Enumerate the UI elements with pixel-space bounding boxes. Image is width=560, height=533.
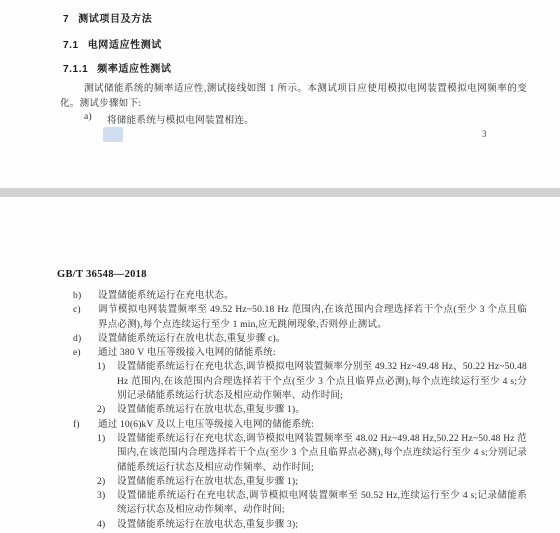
item-text: 调节模拟电网装置频率至 49.52 Hz~50.18 Hz 范围内,在该范围内合… <box>98 303 527 332</box>
item-text: 设置储能系统运行在放电状态,重复步骤 c)。 <box>98 332 527 346</box>
intro-paragraph: 测试储能系统的频率适应性,测试接线如图 1 所示。本测试项目应使用模拟电网装置模… <box>60 82 527 112</box>
subitem-text: 设置储能系统运行在充电状态,调节模拟电网装置频率至 48.02 Hz~49.48… <box>117 432 527 475</box>
list-subitem-f3: 3) 设置储能系统运行在充电状态,调节模拟电网装置频率至 50.52 Hz,连续… <box>97 489 527 518</box>
document-header: GB/T 36548—2018 <box>57 269 147 280</box>
subsubsection-heading: 7.1.1频率适应性测试 <box>63 60 171 75</box>
subsubsection-number: 7.1.1 <box>63 64 88 75</box>
subitem-label: 2) <box>97 475 117 489</box>
item-label: a) <box>84 112 107 126</box>
page-number: 3 <box>482 129 487 139</box>
item-text: 将储能系统与模拟电网装置相连。 <box>107 112 254 126</box>
list-subitem-f4: 4) 设置储能系统运行在放电状态,重复步骤 3); <box>97 518 527 532</box>
watermark-stamp-icon <box>103 127 123 142</box>
section-title: 测试项目及方法 <box>78 14 152 25</box>
subsection-title: 电网适应性测试 <box>88 40 162 51</box>
subitem-text: 设置储能系统运行在充电状态,调节模拟电网装置频率至 50.52 Hz,连续运行至… <box>117 489 527 518</box>
document-scan: 7测试项目及方法 7.1电网适应性测试 7.1.1频率适应性测试 测试储能系统的… <box>0 0 560 533</box>
subitem-label: 1) <box>97 432 117 475</box>
list-item-c: c) 调节模拟电网装置频率至 49.52 Hz~50.18 Hz 范围内,在该范… <box>73 303 527 332</box>
section-heading: 7测试项目及方法 <box>63 10 152 25</box>
page-2: GB/T 36548—2018 b) 设置储能系统运行在充电状态。 c) 调节模… <box>0 197 560 533</box>
item-text: 设置储能系统运行在充电状态。 <box>98 289 527 303</box>
page-divider <box>0 188 560 197</box>
item-label: e) <box>73 346 98 360</box>
list-item-b: b) 设置储能系统运行在充电状态。 <box>73 289 527 303</box>
item-label: f) <box>73 418 98 432</box>
subitem-text: 设置储能系统运行在放电状态,重复步骤 1); <box>117 475 527 489</box>
subitem-label: 3) <box>97 489 117 518</box>
item-text: 通过 10(6)kV 及以上电压等级接入电网的储能系统: <box>98 418 527 432</box>
item-label: c) <box>73 303 98 332</box>
subitem-label: 4) <box>97 518 117 532</box>
list-subitem-e1: 1) 设置储能系统运行在充电状态,调节模拟电网装置频率分别至 49.32 Hz~… <box>97 360 527 403</box>
list-item-f: f) 通过 10(6)kV 及以上电压等级接入电网的储能系统: <box>73 418 527 432</box>
section-number: 7 <box>63 14 69 25</box>
list-item-e: e) 通过 380 V 电压等级接入电网的储能系统: <box>73 346 527 360</box>
subitem-text: 设置储能系统运行在充电状态,调节模拟电网装置频率分别至 49.32 Hz~49.… <box>117 360 527 403</box>
subitem-text: 设置储能系统运行在放电状态,重复步骤 1)。 <box>117 403 527 417</box>
list-subitem-f1: 1) 设置储能系统运行在充电状态,调节模拟电网装置频率至 48.02 Hz~49… <box>97 432 527 475</box>
item-text: 通过 380 V 电压等级接入电网的储能系统: <box>98 346 527 360</box>
subsection-heading: 7.1电网适应性测试 <box>63 36 162 51</box>
subitem-label: 1) <box>97 360 117 403</box>
page-1: 7测试项目及方法 7.1电网适应性测试 7.1.1频率适应性测试 测试储能系统的… <box>0 0 560 188</box>
procedure-list: b) 设置储能系统运行在充电状态。 c) 调节模拟电网装置频率至 49.52 H… <box>73 289 527 532</box>
subsection-number: 7.1 <box>63 40 79 51</box>
item-label: b) <box>73 289 98 303</box>
list-item-d: d) 设置储能系统运行在放电状态,重复步骤 c)。 <box>73 332 527 346</box>
sublist-f: 1) 设置储能系统运行在充电状态,调节模拟电网装置频率至 48.02 Hz~49… <box>97 432 527 532</box>
list-subitem-f2: 2) 设置储能系统运行在放电状态,重复步骤 1); <box>97 475 527 489</box>
item-label: d) <box>73 332 98 346</box>
list-item-a: a) 将储能系统与模拟电网装置相连。 <box>84 112 254 126</box>
subitem-label: 2) <box>97 403 117 417</box>
list-subitem-e2: 2) 设置储能系统运行在放电状态,重复步骤 1)。 <box>97 403 527 417</box>
subitem-text: 设置储能系统运行在放电状态,重复步骤 3); <box>117 518 527 532</box>
subsubsection-title: 频率适应性测试 <box>97 64 171 75</box>
sublist-e: 1) 设置储能系统运行在充电状态,调节模拟电网装置频率分别至 49.32 Hz~… <box>97 360 527 417</box>
